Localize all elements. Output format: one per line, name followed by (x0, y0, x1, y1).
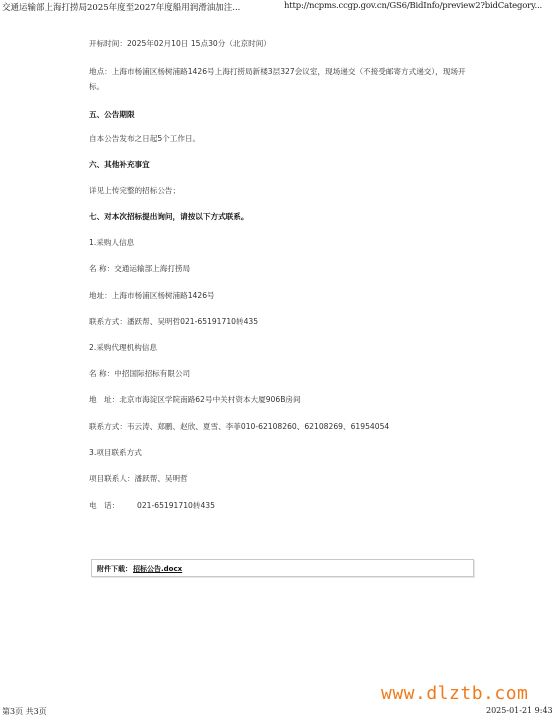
watermark: www.dlztb.com (381, 683, 528, 704)
attachment-label: 附件下载： (97, 564, 132, 574)
print-date: 2025-01-21 9:43 (486, 706, 553, 715)
agency-address: 地 址：北京市海淀区学院南路62号中关村资本大厦906B房间 (89, 394, 301, 405)
print-footer: 第3页 共3页 www.dlztb.com 2025-01-21 9:43 (0, 0, 554, 717)
section-5-text: 自本公告发布之日起5个工作日。 (89, 133, 200, 144)
project-phone-label: 电 话： (89, 500, 119, 511)
location-line-2: 标。 (89, 81, 104, 92)
opening-time: 开标时间：2025年02月10日 15点30分（北京时间） (89, 38, 271, 49)
purchaser-name: 名 称：交通运输部上海打捞局 (89, 263, 190, 274)
attachment-box: 附件下载： 招标公告.docx (91, 559, 474, 577)
section-6-heading: 六、其他补充事宜 (89, 159, 150, 170)
agency-name: 名 称：中招国际招标有限公司 (89, 368, 190, 379)
section-7-heading: 七、对本次招标提出询问，请按以下方式联系。 (89, 211, 248, 222)
print-header: 交通运输部上海打捞局2025年度至2027年度船用润滑油加注... http:/… (0, 0, 554, 14)
page-title: 交通运输部上海打捞局2025年度至2027年度船用润滑油加注... (2, 1, 240, 13)
purchaser-contact: 联系方式：潘跃帮、吴明哲021-65191710转435 (89, 316, 258, 327)
section-5-heading: 五、公告期限 (89, 109, 135, 120)
agency-title: 2.采购代理机构信息 (89, 342, 157, 353)
attachment-file-link[interactable]: 招标公告.docx (133, 564, 182, 574)
project-phone-value: 021-65191710转435 (137, 500, 215, 511)
project-title: 3.项目联系方式 (89, 447, 142, 458)
project-contact-person: 项目联系人：潘跃帮、吴明哲 (89, 473, 188, 484)
section-6-text: 详见上传完整的招标公告； (89, 185, 180, 196)
purchaser-title: 1.采购人信息 (89, 237, 134, 248)
page-url: http://ncpms.ccgp.gov.cn/GS6/BidInfo/pre… (284, 1, 542, 11)
agency-contact: 联系方式：韦云涛、郑鹏、赵欣、夏雪、李菲010-62108260、6210826… (89, 421, 389, 432)
page-number: 第3页 共3页 (2, 706, 47, 717)
location-line-1: 地点：上海市杨浦区杨树浦路1426号上海打捞局新楼3层327会议室，现场递交（不… (89, 66, 466, 77)
purchaser-address: 地址：上海市杨浦区杨树浦路1426号 (89, 290, 215, 301)
